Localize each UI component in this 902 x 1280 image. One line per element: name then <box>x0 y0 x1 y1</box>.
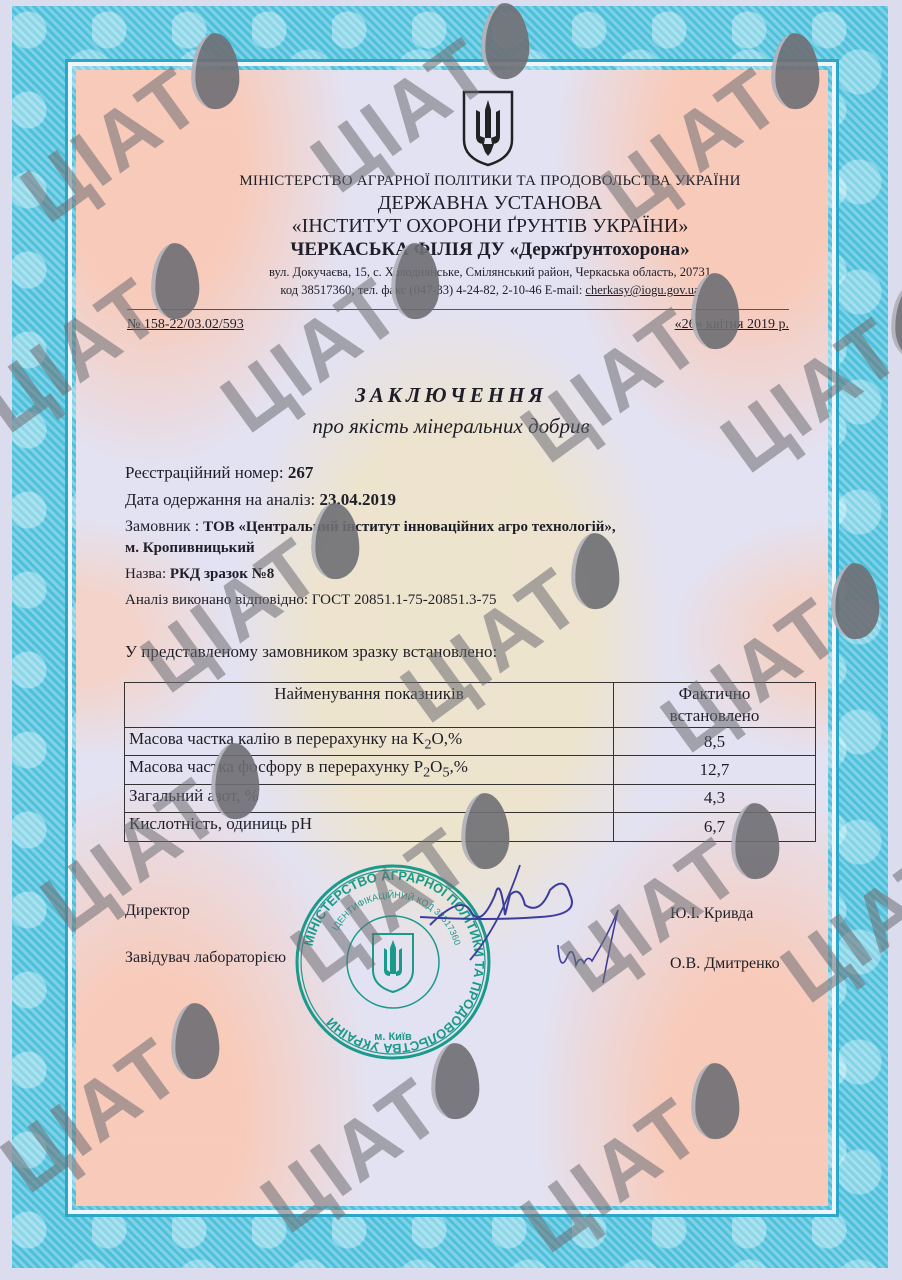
state-institution: ДЕРЖАВНА УСТАНОВА <box>150 193 830 213</box>
indicator-name: Масова частка фосфору в перерахунку P2O5… <box>125 756 614 784</box>
method-value: ГОСТ 20851.1-75-20851.3-75 <box>312 592 497 608</box>
received-label: Дата одержання на аналіз: <box>125 490 320 509</box>
lab-head-label: Завідувач лабораторією <box>125 949 286 967</box>
customer-field: Замовник : ТОВ «Центральний інститут інн… <box>125 516 616 536</box>
indicator-value: 12,7 <box>614 756 816 784</box>
customer-city: м. Кропивницький <box>125 540 255 557</box>
svg-text:м. Київ: м. Київ <box>374 1031 412 1043</box>
customer-label: Замовник : <box>125 518 203 535</box>
indicator-value: 4,3 <box>614 784 816 812</box>
indicator-text: Масова частка калію в перерахунку на K <box>129 729 424 748</box>
registration-label: Реєстраційний номер: <box>125 463 288 482</box>
document-date: «26» квітня 2019 р. <box>675 317 789 333</box>
results-table: Найменування показників Фактично встанов… <box>124 682 816 842</box>
customer-value: ТОВ «Центральний інститут інноваційних а… <box>203 519 616 535</box>
date-day: «26» <box>675 317 703 332</box>
sample-name-field: Назва: РКД зразок №8 <box>125 566 274 583</box>
method-label: Аналіз виконано відповідно: <box>125 592 312 608</box>
indicator-text: Загальний азот, % <box>129 786 259 805</box>
document-number: № 158-22/03.02/593 <box>127 317 244 333</box>
contacts-text: код 38517360; тел. факс (047-33) 4-24-82… <box>280 283 585 297</box>
branch-name: ЧЕРКАСЬКА ФІЛІЯ ДУ «Держґрунтохорона» <box>150 240 830 259</box>
branch-contacts: код 38517360; тел. факс (047-33) 4-24-82… <box>150 284 830 297</box>
ministry-name: МІНІСТЕРСТВО АГРАРНОЇ ПОЛІТИКИ ТА ПРОДОВ… <box>150 174 830 189</box>
registration-number-field: Реєстраційний номер: 267 <box>125 463 313 483</box>
indicator-text: Кислотність, одиниць рН <box>129 814 312 833</box>
director-label: Директор <box>125 902 190 920</box>
indicator-text: ,% <box>450 757 468 776</box>
indicator-text: Масова частка фосфору в перерахунку P <box>129 757 423 776</box>
name-label: Назва: <box>125 566 170 582</box>
header-actual-value: Фактично встановлено <box>614 683 816 728</box>
results-intro: У представленому замовником зразку встан… <box>125 642 497 662</box>
institute-name: «ІНСТИТУТ ОХОРОНИ ҐРУНТІВ УКРАЇНИ» <box>150 216 830 236</box>
registration-value: 267 <box>288 463 314 482</box>
indicator-value: 8,5 <box>614 728 816 756</box>
indicator-name: Кислотність, одиниць рН <box>125 813 614 841</box>
received-date-field: Дата одержання на аналіз: 23.04.2019 <box>125 490 396 510</box>
method-field: Аналіз виконано відповідно: ГОСТ 20851.1… <box>125 592 497 609</box>
header-value-line1: Фактично <box>679 684 751 703</box>
header-value-line2: встановлено <box>670 706 760 725</box>
director-name: Ю.І. Кривда <box>670 905 753 923</box>
branch-address: вул. Докучаєва, 15, с. Холоднянське, Смі… <box>150 266 830 279</box>
ukraine-trident-emblem-icon <box>460 88 516 168</box>
table-row: Масова частка калію в перерахунку на K2O… <box>125 728 816 756</box>
document-subtitle: про якість мінеральних добрив <box>0 414 902 439</box>
indicator-text: O <box>430 757 442 776</box>
subscript: 5 <box>442 765 449 781</box>
lab-head-name: О.В. Дмитренко <box>670 955 780 973</box>
document-title: ЗАКЛЮЧЕННЯ <box>0 383 902 408</box>
table-row: Кислотність, одиниць рН6,7 <box>125 813 816 841</box>
lab-head-signature-icon <box>548 905 638 985</box>
email-link[interactable]: cherkasy@iogu.gov.ua <box>585 283 699 297</box>
subscript: 2 <box>424 736 431 752</box>
table-row: Масова частка фосфору в перерахунку P2O5… <box>125 756 816 784</box>
header-indicator-name: Найменування показників <box>125 683 614 728</box>
results-header-row: Найменування показників Фактично встанов… <box>125 683 816 728</box>
indicator-value: 6,7 <box>614 813 816 841</box>
header-divider <box>127 309 789 310</box>
table-row: Загальний азот, %4,3 <box>125 784 816 812</box>
date-rest: квітня 2019 р. <box>703 317 789 332</box>
certificate-content: МІНІСТЕРСТВО АГРАРНОЇ ПОЛІТИКИ ТА ПРОДОВ… <box>0 0 902 1280</box>
indicator-name: Загальний азот, % <box>125 784 614 812</box>
indicator-name: Масова частка калію в перерахунку на K2O… <box>125 728 614 756</box>
name-value: РКД зразок №8 <box>170 566 274 582</box>
indicator-text: O,% <box>432 729 463 748</box>
received-value: 23.04.2019 <box>320 490 397 509</box>
